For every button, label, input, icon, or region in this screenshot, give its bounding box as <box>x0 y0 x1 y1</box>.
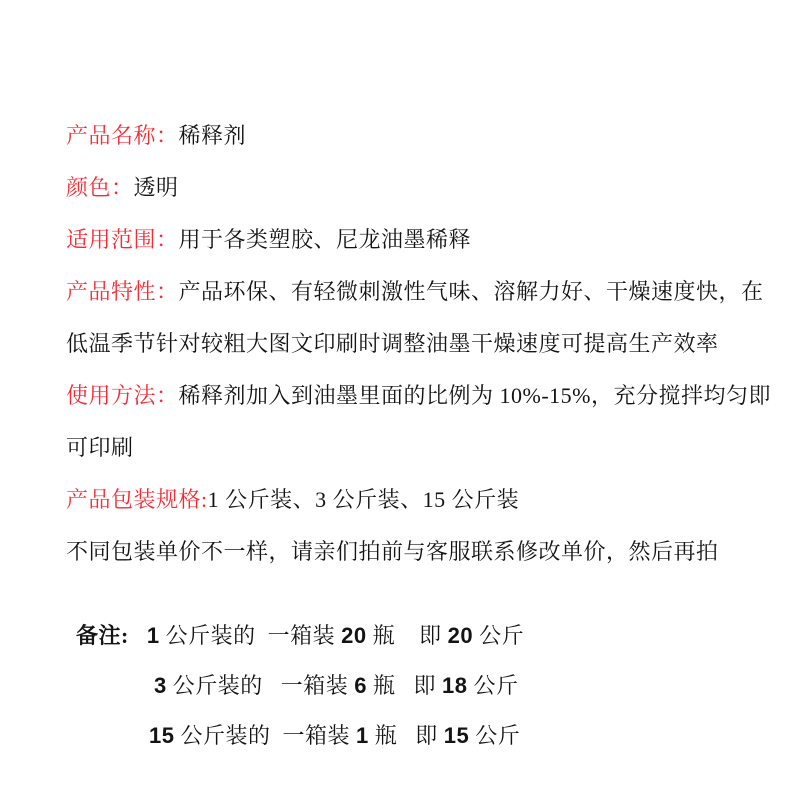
remarks-label: 备注: <box>76 623 147 648</box>
note-text: 公斤 <box>468 673 519 698</box>
remarks-section: 备注: 1 公斤装的 一箱装 20 瓶 即 20 公斤 3 公斤装的 一箱装 6… <box>40 561 760 711</box>
note-number: 15 <box>444 723 469 748</box>
note-text: 瓶 即 <box>367 623 448 648</box>
product-description-page: 产品名称：稀释剂 颜色：透明 适用范围：用于各类塑胶、尼龙油墨稀释 产品特性：产… <box>0 0 800 800</box>
note-text: 公斤 <box>469 723 520 748</box>
note-row-3kg-text: 3 公斤装的 一箱装 6 瓶 即 18 公斤 <box>154 673 519 698</box>
note-text: 瓶 即 <box>367 673 442 698</box>
product-features-label: 产品特性： <box>66 279 179 304</box>
packaging-spec-label: 产品包装规格: <box>66 487 208 512</box>
note-text: 公斤装的 一箱装 <box>167 673 355 698</box>
application-range-label: 适用范围： <box>66 227 179 252</box>
note-text: 瓶 即 <box>369 723 444 748</box>
note-number: 15 <box>149 723 174 748</box>
note-number: 3 <box>154 673 167 698</box>
usage-method-value-2: 可印刷 <box>66 435 134 460</box>
note-text: 公斤装的 一箱装 <box>160 623 342 648</box>
note-number: 1 <box>147 623 160 648</box>
product-features-value-2: 低温季节针对较粗大图文印刷时调整油墨干燥速度可提高生产效率 <box>66 331 719 356</box>
note-number: 20 <box>341 623 366 648</box>
packaging-spec-value: 1 公斤装、3 公斤装、15 公斤装 <box>208 487 520 512</box>
product-name-label: 产品名称： <box>66 123 179 148</box>
product-features-value: 产品环保、有轻微刺激性气味、溶解力好、干燥速度快，在 <box>179 279 764 304</box>
usage-method-value: 稀释剂加入到油墨里面的比例为 10%-15%，充分搅拌均匀即 <box>179 383 771 408</box>
note-text: 公斤装的 一箱装 <box>174 723 356 748</box>
note-number: 1 <box>356 723 369 748</box>
application-range-value: 用于各类塑胶、尼龙油墨稀释 <box>179 227 472 252</box>
color-value: 透明 <box>134 175 179 200</box>
product-description-body: 产品名称：稀释剂 颜色：透明 适用范围：用于各类塑胶、尼龙油墨稀释 产品特性：产… <box>30 58 780 526</box>
packaging-spec-line: 产品包装规格:1 公斤装、3 公斤装、15 公斤装 <box>30 422 780 474</box>
note-number: 6 <box>354 673 367 698</box>
note-row-15kg-text: 15 公斤装的 一箱装 1 瓶 即 15 公斤 <box>149 723 520 748</box>
product-name-value: 稀释剂 <box>179 123 247 148</box>
note-row-1kg-text: 1 公斤装的 一箱装 20 瓶 即 20 公斤 <box>147 623 524 648</box>
note-number: 20 <box>448 623 473 648</box>
product-name-line: 产品名称：稀释剂 <box>30 58 780 110</box>
note-number: 18 <box>442 673 467 698</box>
usage-method-label: 使用方法： <box>66 383 179 408</box>
note-row-1kg: 备注: 1 公斤装的 一箱装 20 瓶 即 20 公斤 <box>40 561 760 611</box>
note-text: 公斤 <box>473 623 524 648</box>
color-label: 颜色： <box>66 175 134 200</box>
